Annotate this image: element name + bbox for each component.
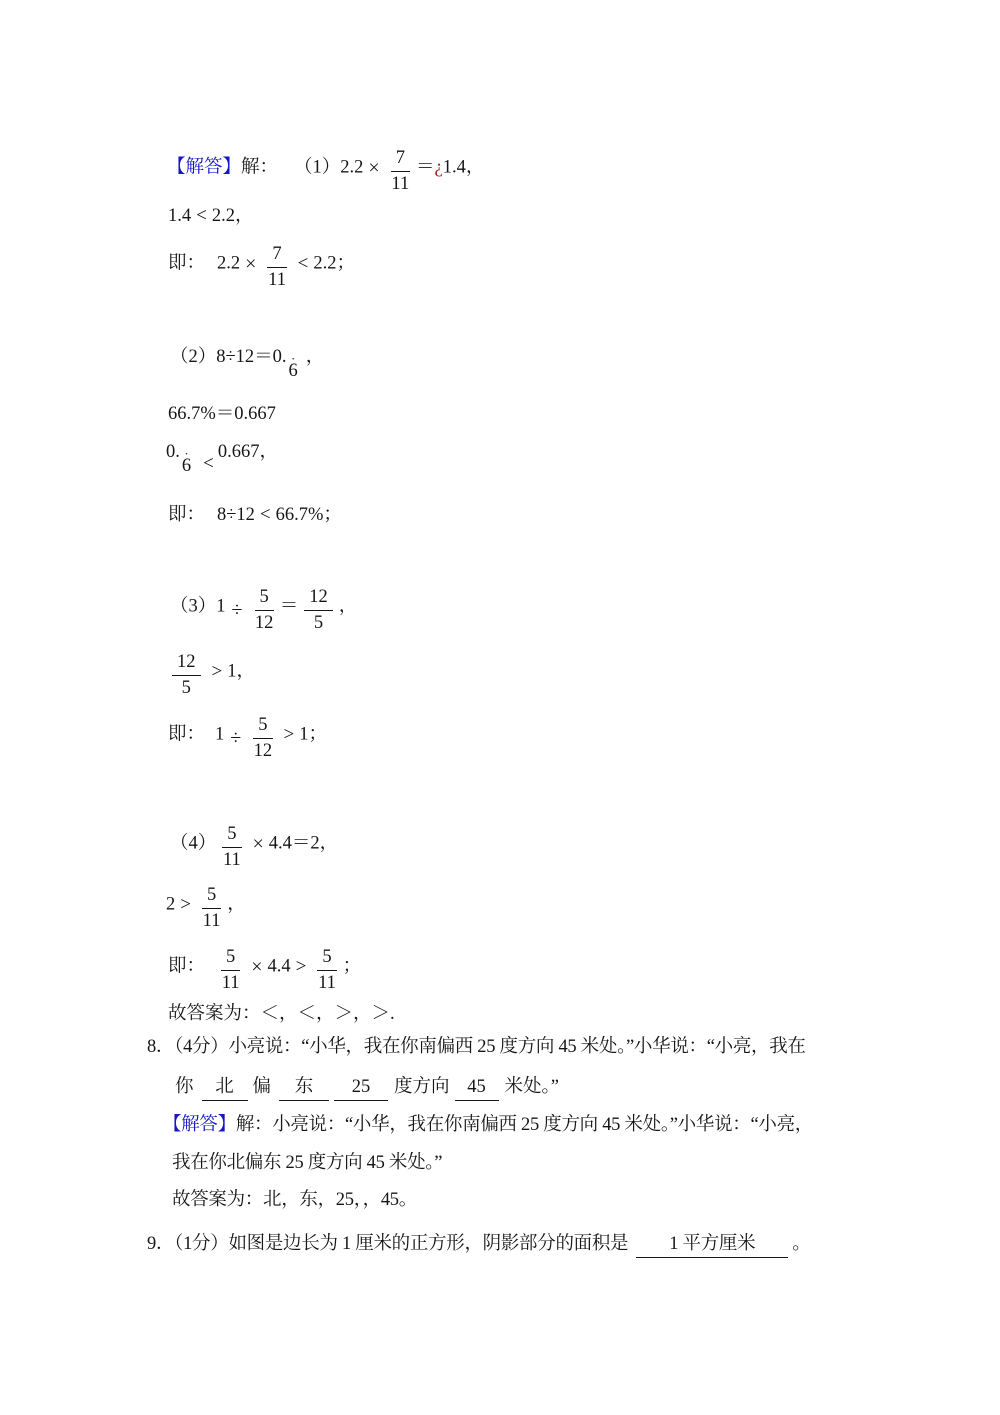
fraction: 511	[221, 946, 240, 992]
q7-solution-line1: 【解答】解：（1）2.2×711＝¿1.4，	[167, 147, 484, 193]
answer-blank: 北	[202, 1074, 248, 1101]
fraction-denominator: 11	[222, 848, 241, 870]
relation-symbol: <	[196, 201, 207, 231]
fraction-numerator: 5	[222, 823, 241, 848]
fraction: 511	[202, 884, 221, 930]
solution-label: 【解答】	[163, 1115, 236, 1135]
text-run: 即：	[168, 254, 205, 274]
fraction-numerator: 12	[172, 651, 201, 676]
repeating-decimal: ·6	[289, 354, 298, 380]
text-run: 1，	[227, 662, 255, 682]
q7-final-answer: 故答案为：＜，＜，＞，＞.	[168, 999, 395, 1029]
fraction-denominator: 12	[255, 611, 274, 633]
q7-step1-conclusion: 即：2.2×711<2.2；	[168, 243, 355, 289]
text-run: 2.2	[217, 254, 240, 274]
text-run: 8．（4分）小亮说：“小华，我在你南偏西 25 度方向 45 米处。”小华说：“…	[147, 1037, 806, 1057]
text-run: 解：	[241, 158, 278, 178]
relation-symbol: >	[212, 657, 223, 687]
relation-symbol: >	[284, 720, 295, 750]
multiply-operator: ×	[253, 834, 264, 854]
repeat-digit: 6	[182, 458, 191, 475]
fraction: 125	[304, 586, 333, 632]
q7-step3-compare: 125>1，	[166, 651, 255, 697]
text-run: 0.667，	[218, 442, 278, 462]
repeat-digit: 6	[289, 363, 298, 380]
text-run: 8÷12	[217, 505, 255, 525]
fraction-numerator: 5	[202, 884, 221, 909]
text-run: 度方向	[394, 1077, 450, 1097]
q8-problem-blanks-line: 你北偏东25度方向45米处。”	[175, 1072, 559, 1102]
text-run: （3）1	[170, 597, 226, 617]
text-run: （1）2.2	[294, 158, 363, 178]
fraction-denominator: 11	[317, 971, 336, 993]
q7-step2-line2: 66.7%＝0.667	[168, 399, 276, 429]
relation-symbol: <	[298, 249, 309, 279]
fraction-numerator: 7	[267, 243, 286, 268]
text-run: ＝	[280, 597, 299, 617]
text-run: 2	[166, 895, 175, 915]
fraction-numerator: 5	[221, 946, 240, 971]
text-run: （2）8÷12＝0.	[170, 347, 287, 367]
relation-symbol: <	[260, 500, 271, 530]
q8-solution-line1: 【解答】解：小亮说：“小华，我在你南偏西 25 度方向 45 米处。”小华说：“…	[163, 1110, 813, 1140]
text-run: 。	[792, 1234, 810, 1254]
text-run: 偏	[253, 1077, 272, 1097]
q7-step2-compare: 0.·6<0.667，	[166, 437, 278, 479]
fraction-denominator: 11	[391, 172, 410, 194]
q7-step1-compare: 1.4<2.2，	[168, 201, 253, 231]
text-run: ，	[227, 895, 246, 915]
q8-problem-line1: 8．（4分）小亮说：“小华，我在你南偏西 25 度方向 45 米处。”小华说：“…	[147, 1032, 806, 1062]
document-page: 【解答】解：（1）2.2×711＝¿1.4，1.4<2.2，即：2.2×711<…	[0, 0, 1000, 1415]
multiply-operator: ×	[368, 158, 379, 178]
multiply-operator: ×	[251, 957, 262, 977]
text-run: 66.7%＝0.667	[168, 404, 276, 424]
q7-step4-line1: （4）511×4.4＝2，	[170, 823, 338, 869]
text-run: 4.4＝2，	[269, 834, 338, 854]
fraction: 511	[317, 946, 336, 992]
fraction-denominator: 11	[202, 909, 221, 931]
q9-problem-line: 9．（1分）如图是边长为 1 厘米的正方形，阴影部分的面积是1 平方厘米。	[147, 1229, 810, 1259]
fraction: 711	[391, 147, 410, 193]
answer-blank: 东	[279, 1074, 329, 1101]
multiply-operator: ×	[245, 254, 256, 274]
q7-step3-line1: （3）1÷512＝125，	[170, 586, 357, 632]
text-run: 即：	[168, 505, 205, 525]
fraction-numerator: 5	[253, 714, 272, 739]
text-run: 66.7%；	[276, 505, 342, 525]
text-run: 故答案为：＜，＜，＞，＞.	[168, 1004, 395, 1024]
q8-solution-line2: 我在你北偏东 25 度方向 45 米处。”	[172, 1148, 442, 1178]
q7-step4-compare: 2>511，	[166, 884, 246, 930]
fraction: 711	[267, 243, 286, 289]
text-run: 故答案为：北，东，25，，45。	[172, 1190, 417, 1210]
fraction-numerator: 7	[391, 147, 410, 172]
solution-label: 【解答】	[167, 158, 241, 178]
text-run: 即：	[168, 725, 205, 745]
fraction: 512	[255, 586, 274, 632]
text-run: ；	[343, 957, 362, 977]
text-run: 1；	[299, 725, 327, 745]
fraction-numerator: 5	[317, 946, 336, 971]
divide-operator: ÷	[230, 728, 241, 748]
q7-step4-conclusion: 即：511×4.4>511；	[168, 946, 361, 992]
q7-step2-conclusion: 即：8÷12<66.7%；	[168, 500, 342, 530]
answer-blank: 25	[334, 1074, 388, 1101]
q7-step2-line1: （2）8÷12＝0.·6，	[170, 342, 324, 380]
q8-final-answer: 故答案为：北，东，25，，45。	[172, 1185, 417, 1215]
answer-blank: 1 平方厘米	[636, 1231, 788, 1258]
fraction: 125	[172, 651, 201, 697]
relation-symbol: >	[180, 890, 191, 920]
text-run: 我在你北偏东 25 度方向 45 米处。”	[172, 1153, 442, 1173]
text-run: ，	[306, 347, 325, 367]
text-run: 你	[175, 1077, 194, 1097]
text-run: （4）	[170, 834, 216, 854]
repeating-decimal: ·6	[182, 449, 191, 475]
fraction-numerator: 12	[304, 586, 333, 611]
text-run: 解：小亮说：“小华，我在你南偏西 25 度方向 45 米处。”小华说：“小亮，	[236, 1115, 813, 1135]
fraction-denominator: 5	[172, 676, 201, 698]
fraction-numerator: 5	[255, 586, 274, 611]
text-run: 即：	[168, 957, 205, 977]
text-run: 0.	[166, 442, 180, 462]
text-run: 1	[215, 725, 224, 745]
fraction-denominator: 11	[267, 268, 286, 290]
relation-symbol: >	[296, 952, 307, 982]
fraction-denominator: 12	[253, 739, 272, 761]
text-run: ¿	[434, 158, 442, 178]
text-run: 1.4	[168, 206, 191, 226]
text-run: 2.2；	[313, 254, 355, 274]
fraction-denominator: 11	[221, 971, 240, 993]
text-run: 米处。”	[505, 1077, 559, 1097]
divide-operator: ÷	[232, 600, 243, 620]
text-run: 2.2，	[212, 206, 254, 226]
text-run: 1.4，	[443, 158, 485, 178]
text-run: 4.4	[268, 957, 291, 977]
text-run: ，	[339, 597, 358, 617]
fraction-denominator: 5	[304, 611, 333, 633]
fraction: 512	[253, 714, 272, 760]
text-run: 9．（1分）如图是边长为 1 厘米的正方形，阴影部分的面积是	[147, 1234, 628, 1254]
fraction: 511	[222, 823, 241, 869]
answer-blank: 45	[455, 1074, 499, 1101]
lowered-relation-symbol: <	[203, 449, 214, 479]
q7-step3-conclusion: 即：1÷512>1；	[168, 714, 327, 760]
text-run: ＝	[416, 158, 435, 178]
